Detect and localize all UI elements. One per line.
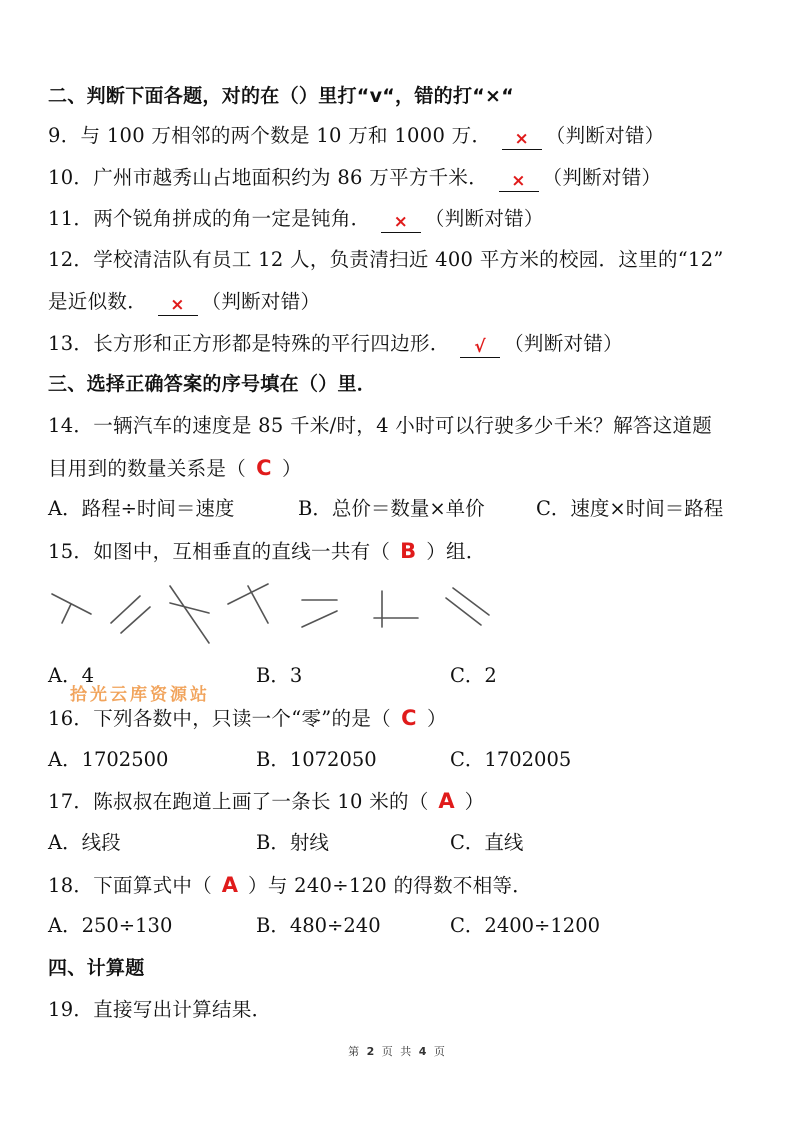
question-17: 17．陈叔叔在跑道上画了一条长 10 米的（A） [48,789,484,814]
figure-pair-1 [52,594,91,623]
question-13: 13．长方形和正方形都是特殊的平行四边形． √（判断对错） [48,332,623,356]
footer-middle: 页 共 [382,1045,412,1058]
line-pairs-figure [40,572,510,652]
question-14-continued: 目用到的数量关系是（C） [48,456,302,481]
answer-choice[interactable]: A [212,873,248,897]
question-number: 13． [48,332,93,355]
question-text: 一辆汽车的速度是 85 千米/时，4 小时可以行驶多少千米？解答这道题 [93,414,712,437]
question-19: 19．直接写出计算结果． [48,998,271,1022]
option-b: B．1072050 [256,748,377,772]
answer-blank[interactable]: √ [460,335,500,358]
figure-pair-6 [374,591,418,627]
option-b: B．3 [256,664,302,688]
question-number: 9． [48,124,81,147]
question-text: ）与 240÷120 的得数不相等． [248,874,532,897]
footer-prefix: 第 [348,1045,359,1058]
question-text: 陈叔叔在跑道上画了一条长 10 米的（ [93,790,428,813]
figure-pair-5 [302,600,337,627]
option-b: B．射线 [256,831,329,855]
question-text: 两个锐角拼成的角一定是钝角． [93,207,370,230]
answer-blank[interactable]: × [499,169,539,192]
option-a: A．线段 [48,831,121,855]
figure-pair-2 [111,596,150,633]
question-12-continued: 是近似数． ×（判断对错） [48,290,320,314]
question-text: 广州市越秀山占地面积约为 86 万平方千米． [93,166,488,189]
cross-mark-icon: × [170,295,185,315]
option-c: C．直线 [450,831,523,855]
option-a: A．路程÷时间＝速度 [48,497,234,521]
question-text: ）组． [426,540,485,563]
question-number: 19． [48,998,93,1021]
answer-blank[interactable]: × [381,210,421,233]
answer-blank[interactable]: × [502,127,542,150]
question-text: ） [427,707,447,730]
option-a: A．1702500 [48,748,168,772]
question-text: 下面算式中（ [93,874,212,897]
figure-pair-4 [228,584,268,623]
judge-suffix: （判断对错） [543,166,662,189]
footer-suffix: 页 [434,1045,445,1058]
answer-choice[interactable]: C [391,706,427,730]
question-number: 15． [48,540,93,563]
question-18: 18．下面算式中（A）与 240÷120 的得数不相等． [48,873,532,898]
section-2-title: 二、判断下面各题，对的在（）里打“v“，错的打“×“ [48,84,514,108]
answer-blank[interactable]: × [158,293,198,316]
question-number: 18． [48,874,93,897]
section-3-title: 三、选择正确答案的序号填在（）里． [48,372,376,396]
option-c: C．2400÷1200 [450,914,600,938]
question-15: 15．如图中，互相垂直的直线一共有（B）组． [48,539,486,564]
judge-suffix: （判断对错） [202,290,321,313]
question-text: 长方形和正方形都是特殊的平行四边形． [93,332,449,355]
question-text: 直接写出计算结果． [93,998,271,1021]
cross-mark-icon: × [514,129,529,149]
question-text: 学校清洁队有员工 12 人，负责清扫近 400 平方米的校园．这里的“12” [93,248,723,271]
page-footer: 第 2 页 共 4 页 [0,1043,793,1059]
question-text: 如图中，互相垂直的直线一共有（ [93,540,390,563]
section-4-title: 四、计算题 [48,956,145,980]
question-10: 10．广州市越秀山占地面积约为 86 万平方千米． ×（判断对错） [48,166,661,190]
question-text: ） [282,457,302,480]
cross-mark-icon: × [394,212,409,232]
option-a: A．250÷130 [48,914,172,938]
question-number: 16． [48,707,93,730]
question-text: 是近似数． [48,290,147,313]
question-number: 14． [48,414,93,437]
watermark: 拾光云库资源站 [70,680,210,705]
option-b: B．总价＝数量×单价 [298,497,485,521]
answer-choice[interactable]: C [246,456,282,480]
figure-pair-7 [446,588,489,625]
option-c: C．2 [450,664,497,688]
cross-mark-icon: × [511,171,526,191]
question-text: 与 100 万相邻的两个数是 10 万和 1000 万． [81,124,492,147]
judge-suffix: （判断对错） [504,332,623,355]
question-16: 16．下列各数中，只读一个“零”的是（C） [48,706,447,731]
option-b: B．480÷240 [256,914,381,938]
answer-choice[interactable]: B [390,539,426,563]
question-number: 11． [48,207,93,230]
question-14: 14．一辆汽车的速度是 85 千米/时，4 小时可以行驶多少千米？解答这道题 [48,414,712,438]
question-9: 9．与 100 万相邻的两个数是 10 万和 1000 万． ×（判断对错） [48,124,665,148]
judge-suffix: （判断对错） [546,124,665,147]
check-mark-icon: √ [474,337,486,357]
option-c: C．1702005 [450,748,571,772]
question-11: 11．两个锐角拼成的角一定是钝角． ×（判断对错） [48,207,544,231]
question-text: ） [465,790,485,813]
question-text: 下列各数中，只读一个“零”的是（ [93,707,391,730]
answer-choice[interactable]: A [429,789,465,813]
question-number: 10． [48,166,93,189]
judge-suffix: （判断对错） [425,207,544,230]
figure-pair-3 [170,586,209,643]
question-number: 12． [48,248,93,271]
current-page-number: 2 [367,1045,375,1058]
question-number: 17． [48,790,93,813]
total-page-count: 4 [419,1045,427,1058]
option-c: C．速度×时间＝路程 [536,497,723,521]
question-12: 12．学校清洁队有员工 12 人，负责清扫近 400 平方米的校园．这里的“12… [48,248,724,272]
question-text: 目用到的数量关系是（ [48,457,246,480]
